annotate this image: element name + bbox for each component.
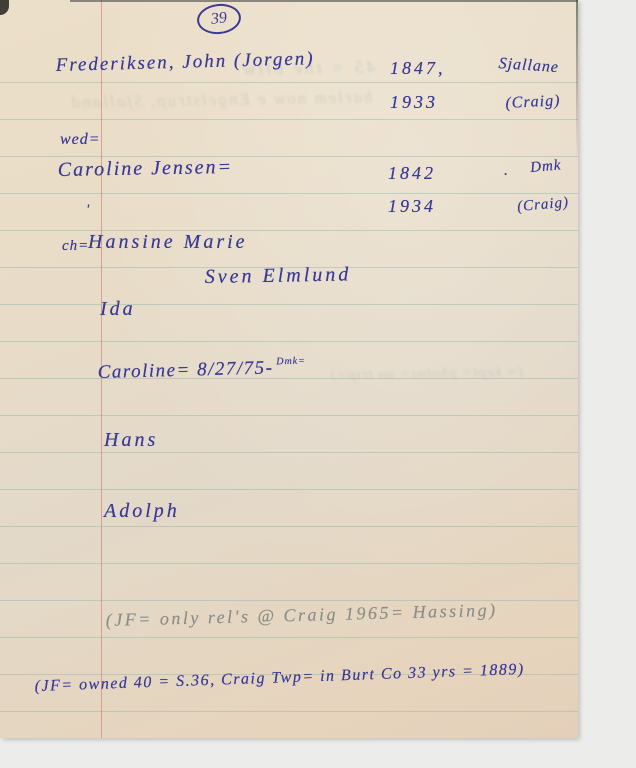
- bleedthrough-text: (= kept= photos= on trip=): [330, 364, 523, 384]
- bleedthrough-text: harlem now e Engelstrup, Sjalland: [70, 87, 373, 112]
- stray-mark: ': [86, 202, 89, 219]
- child-name: Hans: [104, 429, 158, 452]
- notebook-paper: 45 = the bitw harlem now e Engelstrup, S…: [0, 0, 578, 738]
- child-name-text: Caroline= 8/27/75-: [97, 357, 273, 383]
- head-death-place: (Craig): [505, 92, 561, 113]
- scan-top-edge: [70, 0, 578, 2]
- scanned-notebook-page: 45 = the bitw harlem now e Engelstrup, S…: [0, 0, 636, 768]
- head-origin: Sjallane: [498, 55, 560, 77]
- head-name: Frederiksen, John (Jorgen): [55, 48, 314, 77]
- spouse-origin: Dmk: [530, 157, 563, 177]
- paper-right-edge: [576, 0, 578, 160]
- child-annotation: Dmk=: [276, 356, 306, 368]
- children-label: ch=: [62, 238, 89, 255]
- spouse-name: Caroline Jensen=: [58, 156, 234, 182]
- spouse-death-year: 1934: [388, 196, 436, 217]
- page-number: 39: [196, 2, 243, 36]
- child-name: Ida: [100, 298, 136, 321]
- corner-mark: [0, 0, 9, 15]
- head-birth-year: 1847,: [390, 58, 446, 79]
- child-spouse-name: Sven Elmlund: [205, 263, 352, 289]
- spouse-birth-year: 1842: [388, 163, 436, 184]
- spouse-death-place: (Craig): [517, 195, 570, 216]
- child-name: Adolph: [104, 500, 180, 523]
- head-death-year: 1933: [390, 92, 438, 113]
- child-name: Hansine Marie: [88, 231, 248, 254]
- ink-note: (JF= owned 40 = S.36, Craig Twp= in Burt…: [34, 661, 525, 696]
- wed-label: wed=: [60, 131, 101, 149]
- separator-dot: .: [504, 162, 508, 180]
- pencil-note: (JF= only rel's @ Craig 1965= Hassing): [105, 600, 497, 631]
- child-name: Caroline= 8/27/75-Dmk=: [97, 357, 306, 384]
